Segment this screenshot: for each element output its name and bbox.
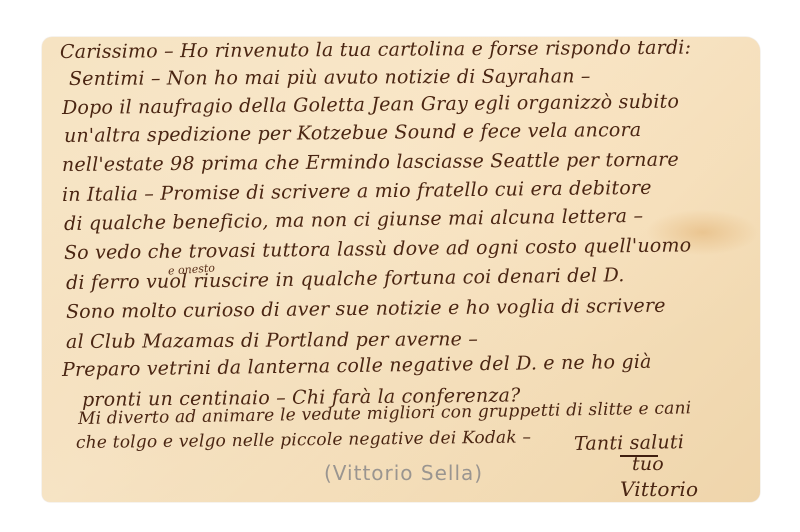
- letter-line-8: So vedo che trovasi tuttora lassù dove a…: [64, 234, 692, 264]
- letter-line-7: di qualche beneficio, ma non ci giunse m…: [64, 205, 644, 235]
- letter-line-6: in Italia – Promise di scrivere a mio fr…: [62, 177, 652, 206]
- closing-greeting: Tanti saluti: [574, 431, 684, 455]
- letter-line-1: Carissimo – Ho rinvenuto la tua cartolin…: [60, 37, 691, 63]
- page-background: Carissimo – Ho rinvenuto la tua cartolin…: [0, 0, 800, 532]
- signature: Vittorio: [620, 477, 698, 501]
- letter-line-12: Preparo vetrini da lanterna colle negati…: [62, 351, 652, 381]
- letter-line-11: al Club Mazamas di Portland per averne –: [66, 328, 478, 353]
- postcard: Carissimo – Ho rinvenuto la tua cartolin…: [42, 37, 760, 502]
- closing-word: tuo: [632, 453, 664, 475]
- letter-line-4: un'altra spedizione per Kotzebue Sound e…: [64, 119, 642, 147]
- letter-line-5: nell'estate 98 prima che Ermindo lascias…: [62, 149, 679, 176]
- letter-line-2: Sentimi – Non ho mai più avuto notizie d…: [69, 65, 591, 90]
- pencil-annotation: (Vittorio Sella): [324, 461, 483, 485]
- letter-line-10: Sono molto curioso di aver sue notizie e…: [66, 295, 666, 323]
- letter-line-15: che tolgo e velgo nelle piccole negative…: [76, 427, 531, 453]
- letter-line-3: Dopo il naufragio della Goletta Jean Gra…: [62, 91, 679, 119]
- letter-line-9: di ferro vuol riuscire in qualche fortun…: [66, 264, 625, 294]
